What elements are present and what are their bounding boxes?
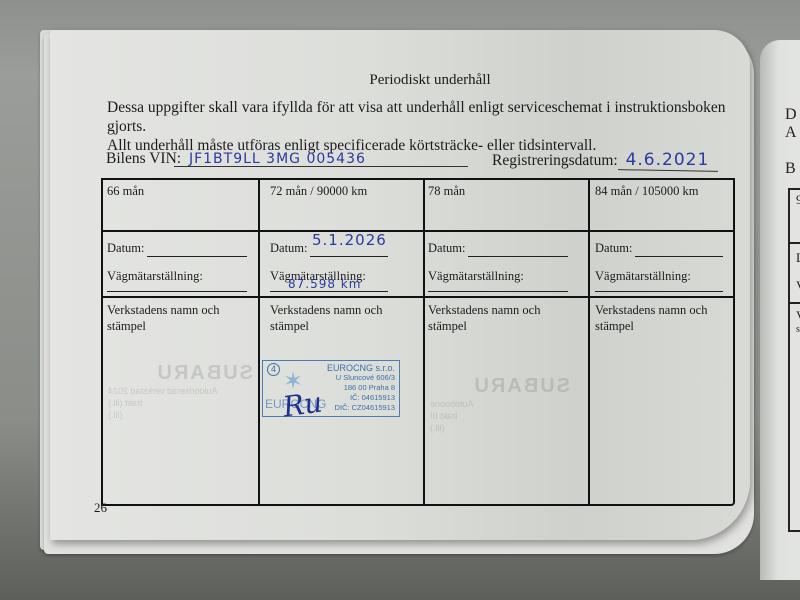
stamp-street: U Sluncové 606/3 bbox=[327, 373, 395, 383]
odometer-underline bbox=[428, 291, 568, 292]
signature: Ru bbox=[281, 385, 324, 423]
stamp-ic: IČ: 04615913 bbox=[327, 393, 395, 403]
facing-page-text: D bbox=[785, 106, 797, 124]
odometer-label: Vägmätarställning: bbox=[595, 268, 691, 284]
interval-label: 66 mån bbox=[107, 183, 257, 199]
interval-label: 72 mån / 90000 km bbox=[270, 183, 420, 199]
facing-cell-text: D bbox=[796, 250, 800, 266]
date-label: Datum: bbox=[270, 240, 308, 256]
facing-cell-text: V bbox=[796, 308, 800, 324]
date-underline bbox=[635, 256, 723, 257]
date-label: Datum: bbox=[428, 240, 466, 256]
vin-underline bbox=[174, 166, 468, 167]
facing-cell-text: 9 bbox=[796, 192, 800, 208]
registration-date-field[interactable]: Registreringsdatum: 4.6.2021 bbox=[492, 150, 709, 170]
stamp-company: EUROCNG s.r.o. bbox=[327, 363, 395, 373]
intro-text: Dessa uppgifter skall vara ifyllda för a… bbox=[107, 98, 747, 155]
stamp-dic: DIČ: CZ04615913 bbox=[327, 403, 395, 413]
facing-page: D A B 9 D V V s bbox=[760, 40, 800, 580]
date-underline bbox=[468, 256, 568, 257]
date-value[interactable]: 5.1.2026 bbox=[312, 232, 387, 248]
page-title: Periodiskt underhåll bbox=[0, 72, 800, 89]
interval-label: 78 mån bbox=[428, 183, 578, 199]
date-underline bbox=[147, 256, 247, 257]
registration-date-label: Registreringsdatum: bbox=[492, 152, 618, 169]
odometer-label: Vägmätarställning: bbox=[428, 268, 524, 284]
stamp-city: 186 00 Praha 8 bbox=[327, 383, 395, 393]
interval-label: 84 mån / 105000 km bbox=[595, 183, 745, 199]
odometer-label: Vägmätarställning: bbox=[107, 268, 203, 284]
intro-line-1: Dessa uppgifter skall vara ifyllda för a… bbox=[107, 99, 726, 135]
stamp-number: 4 bbox=[267, 363, 280, 376]
vin-label: Bilens VIN: bbox=[106, 150, 181, 167]
date-underline bbox=[310, 256, 388, 257]
facing-page-table: 9 D V V s bbox=[788, 188, 800, 532]
facing-cell-text: s bbox=[796, 324, 800, 335]
odometer-underline bbox=[107, 291, 247, 292]
vin-value: JF1BT9LL 3MG 005436 bbox=[189, 151, 366, 167]
odometer-value[interactable]: 87.598 km bbox=[288, 276, 361, 292]
registration-date-value: 4.6.2021 bbox=[626, 150, 710, 170]
facing-page-text: B bbox=[785, 160, 796, 178]
date-label: Datum: bbox=[595, 240, 633, 256]
stamp-address: EUROCNG s.r.o. U Sluncové 606/3 186 00 P… bbox=[327, 363, 395, 413]
odometer-underline bbox=[595, 291, 723, 292]
facing-page-text: A bbox=[785, 124, 797, 142]
page-number: 26 bbox=[94, 500, 107, 516]
date-label: Datum: bbox=[107, 240, 145, 256]
facing-cell-text: V bbox=[796, 278, 800, 294]
